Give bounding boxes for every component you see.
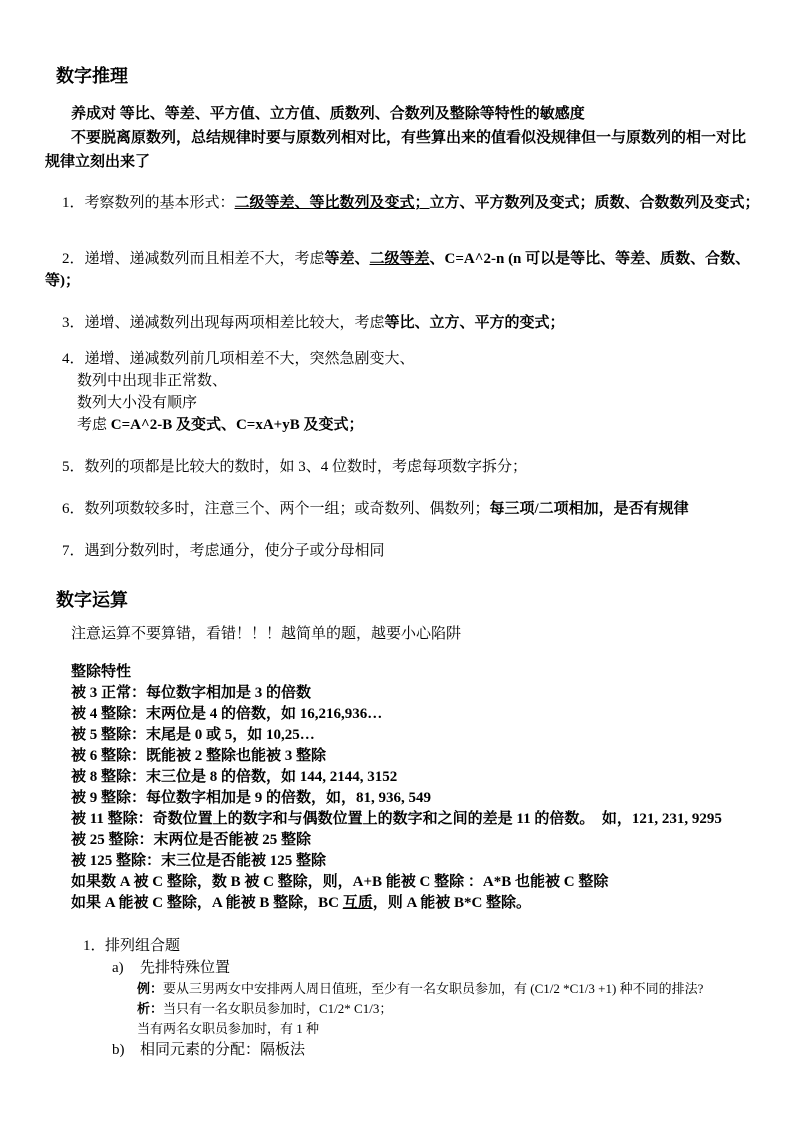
reasoning-item-2: 2．递增、递减数列而且相差不大，考虑等差、二级等差、C=A^2-n (n 可以是… <box>45 248 755 292</box>
analysis-text: 当只有一名女职员参加时，C1/2* C1/3； <box>163 1001 392 1016</box>
item-6-text: 6．数列项数较多时，注意三个、两个一组；或奇数列、偶数列； <box>62 501 490 517</box>
item-2-bold-text: 等差、 <box>325 251 370 267</box>
item-2-underlined-text: 二级等差 <box>370 251 430 267</box>
item-4-line-4-bold-text: C=A^2-B 及变式、C=xA+yB 及变式； <box>111 417 364 433</box>
combinatorics-item-number: 1． <box>83 935 105 957</box>
divisibility-rule-4: 被 4 整除：末两位是 4 的倍数，如 16,216,936… <box>71 704 755 725</box>
divisibility-rule-11: 被 11 整除：奇数位置上的数字和与偶数位置上的数字和之间的差是 11 的倍数。… <box>71 809 755 830</box>
divisibility-rule-6: 被 6 整除：既能被 2 整除也能被 3 整除 <box>71 746 755 767</box>
item-2-text: 2．递增、递减数列而且相差不大，考虑 <box>62 251 325 267</box>
reasoning-item-3: 3．递增、递减数列出现每两项相差比较大，考虑等比、立方、平方的变式； <box>45 312 755 334</box>
document-page: 数字推理 养成对 等比、等差、平方值、立方值、质数列、合数列及整除等特性的敏感度… <box>0 0 794 1123</box>
reasoning-item-7: 7．遇到分数列时，考虑通分，使分子或分母相同 <box>45 540 755 562</box>
section-title-number-operations: 数字运算 <box>56 590 755 610</box>
reasoning-item-4: 4．递增、递减数列前几项相差不大，突然急剧变大、 数列中出现非正常数、 数列大小… <box>45 348 755 436</box>
sub-item-a-marker: a) <box>112 957 140 979</box>
sub-item-b-marker: b) <box>112 1039 140 1061</box>
combinatorics-item-label: 排列组合题 <box>105 938 180 954</box>
divisibility-rules-block: 整除特性 被 3 正常：每位数字相加是 3 的倍数 被 4 整除：末两位是 4 … <box>45 662 755 914</box>
reasoning-intro-line-2: 不要脱离原数列，总结规律时要与原数列相对比，有些算出来的值看似没规律但一与原数列… <box>45 126 755 174</box>
section-title-number-reasoning: 数字推理 <box>56 66 755 86</box>
reasoning-item-5: 5．数列的项都是比较大的数时，如 3、4 位数时，考虑每项数字拆分； <box>45 456 755 478</box>
item-3-text: 3．递增、递减数列出现每两项相差比较大，考虑 <box>62 315 385 331</box>
item-4-line-2: 数列中出现非正常数、 <box>45 370 755 392</box>
item-4-line-4-text: 考虑 <box>77 417 111 433</box>
coprime-rule-text: 如果 A 能被 C 整除，A 能被 B 整除，BC <box>71 895 343 911</box>
divisibility-rule-8: 被 8 整除：末三位是 8 的倍数，如 144, 2144, 3152 <box>71 767 755 788</box>
divisibility-rule-125: 被 125 整除：末三位是否能被 125 整除 <box>71 851 755 872</box>
item-3-bold-text: 等比、立方、平方的变式； <box>385 315 565 331</box>
item-1-text: 1．考察数列的基本形式： <box>62 195 235 211</box>
example-prefix: 例： <box>137 981 163 996</box>
divisibility-rule-9: 被 9 整除：每位数字相加是 9 的倍数，如，81, 936, 549 <box>71 788 755 809</box>
item-4-line-4: 考虑 C=A^2-B 及变式、C=xA+yB 及变式； <box>45 414 755 436</box>
coprime-underlined-text: 互质 <box>343 895 373 911</box>
item-4-line-3: 数列大小没有顺序 <box>45 392 755 414</box>
sub-item-b-label: 相同元素的分配：隔板法 <box>140 1042 305 1058</box>
divisibility-heading: 整除特性 <box>71 662 755 683</box>
analysis-line: 析：当只有一名女职员参加时，C1/2* C1/3； <box>45 999 755 1019</box>
coprime-rule-text-2: ，则 A 能被 B*C 整除。 <box>373 895 531 911</box>
item-1-underlined-text: 二级等差、等比数列及变式； <box>235 195 430 211</box>
combinatorics-sub-item-a: a)先排特殊位置 <box>45 957 755 979</box>
example-text: 要从三男两女中安排两人周日值班，至少有一名女职员参加，有 (C1/2 *C1/3… <box>163 981 703 996</box>
divisibility-rule-25: 被 25 整除：末两位是否能被 25 整除 <box>71 830 755 851</box>
item-6-bold-text: 每三项/二项相加，是否有规律 <box>490 501 689 517</box>
example-line: 例：要从三男两女中安排两人周日值班，至少有一名女职员参加，有 (C1/2 *C1… <box>45 979 755 999</box>
reasoning-item-6: 6．数列项数较多时，注意三个、两个一组；或奇数列、偶数列；每三项/二项相加，是否… <box>45 498 755 520</box>
reasoning-intro-line-1: 养成对 等比、等差、平方值、立方值、质数列、合数列及整除等特性的敏感度 <box>45 102 755 126</box>
analysis-prefix: 析： <box>137 1001 163 1016</box>
sub-item-a-label: 先排特殊位置 <box>140 960 230 976</box>
operations-note: 注意运算不要算错，看错！！！越简单的题，越要小心陷阱 <box>45 622 755 646</box>
divisibility-rule-sum-product: 如果数 A 被 C 整除，数 B 被 C 整除，则，A+B 能被 C 整除 ：A… <box>71 872 755 893</box>
item-4-line-1: 4．递增、递减数列前几项相差不大，突然急剧变大、 <box>45 348 755 370</box>
reasoning-item-1: 1．考察数列的基本形式：二级等差、等比数列及变式；立方、平方数列及变式；质数、合… <box>45 192 755 214</box>
analysis-continuation-line: 当有两名女职员参加时，有 1 种 <box>45 1019 755 1039</box>
divisibility-rule-coprime: 如果 A 能被 C 整除，A 能被 B 整除，BC 互质，则 A 能被 B*C … <box>71 893 755 914</box>
item-1-bold-text: 立方、平方数列及变式；质数、合数数列及变式； <box>430 195 760 211</box>
combinatorics-list: 1．排列组合题 a)先排特殊位置 例：要从三男两女中安排两人周日值班，至少有一名… <box>45 935 755 1061</box>
combinatorics-item-1: 1．排列组合题 <box>45 935 755 957</box>
divisibility-rule-3: 被 3 正常：每位数字相加是 3 的倍数 <box>71 683 755 704</box>
divisibility-rule-5: 被 5 整除：末尾是 0 或 5，如 10,25… <box>71 725 755 746</box>
combinatorics-sub-item-b: b)相同元素的分配：隔板法 <box>45 1039 755 1061</box>
